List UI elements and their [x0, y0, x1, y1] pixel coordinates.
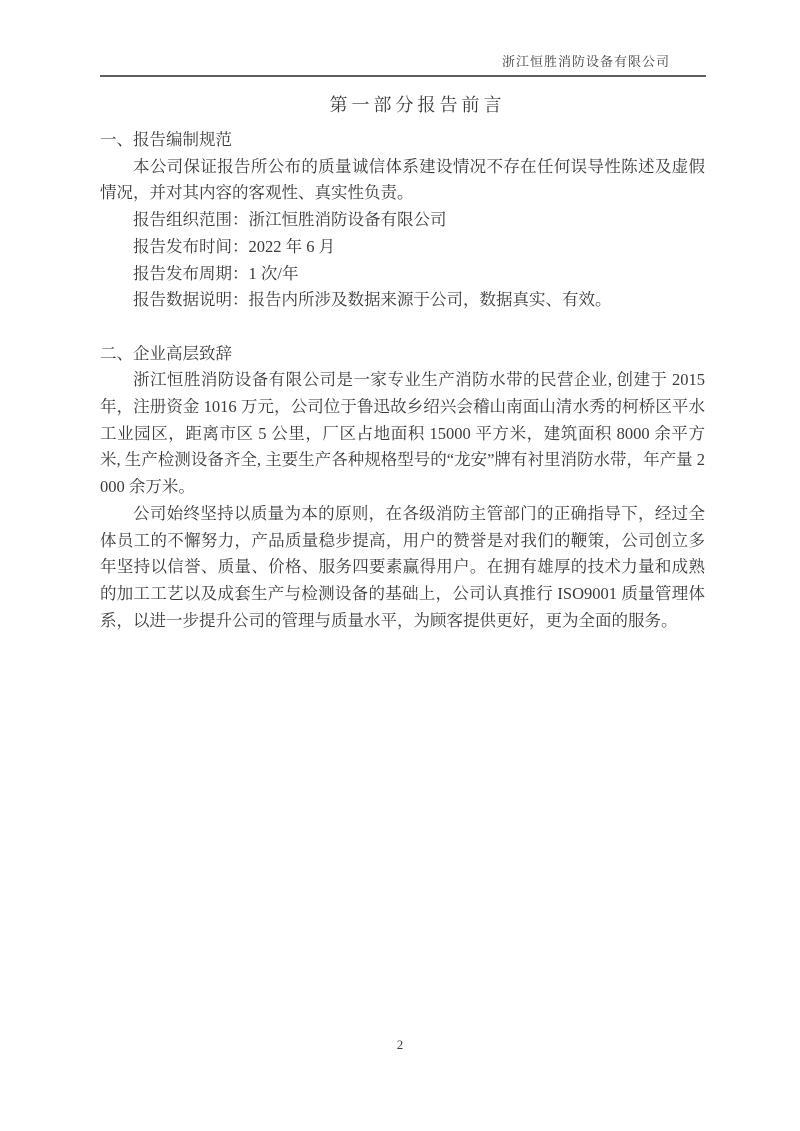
document-page: 浙江恒胜消防设备有限公司 第一部分报告前言 一、报告编制规范 本公司保证报告所公… [0, 0, 800, 1131]
page-footer: 2 [0, 1037, 800, 1053]
page-content: 第一部分报告前言 一、报告编制规范 本公司保证报告所公布的质量诚信体系建设情况不… [100, 79, 705, 634]
header-company-name: 浙江恒胜消防设备有限公司 [502, 51, 670, 70]
section-1-heading: 一、报告编制规范 [100, 127, 705, 154]
section-2-heading: 二、企业高层致辞 [100, 341, 705, 368]
page-header: 浙江恒胜消防设备有限公司 [100, 0, 706, 77]
section-2-paragraph-1: 浙江恒胜消防设备有限公司是一家专业生产消防水带的民营企业, 创建于 2015 年… [100, 367, 705, 501]
document-body: 一、报告编制规范 本公司保证报告所公布的质量诚信体系建设情况不存在任何误导性陈述… [100, 127, 705, 634]
report-scope-line: 报告组织范围：浙江恒胜消防设备有限公司 [100, 207, 705, 234]
report-publish-cycle-line: 报告发布周期：1 次/年 [100, 261, 705, 288]
report-publish-time-line: 报告发布时间：2022 年 6 月 [100, 234, 705, 261]
report-data-note-line: 报告数据说明：报告内所涉及数据来源于公司，数据真实、有效。 [100, 287, 705, 314]
section-1-paragraph: 本公司保证报告所公布的质量诚信体系建设情况不存在任何误导性陈述及虚假情况，并对其… [100, 154, 705, 207]
page-title: 第一部分报告前言 [100, 92, 705, 119]
page-number: 2 [397, 1037, 404, 1052]
section-2-paragraph-2: 公司始终坚持以质量为本的原则，在各级消防主管部门的正确指导下，经过全体员工的不懈… [100, 501, 705, 635]
